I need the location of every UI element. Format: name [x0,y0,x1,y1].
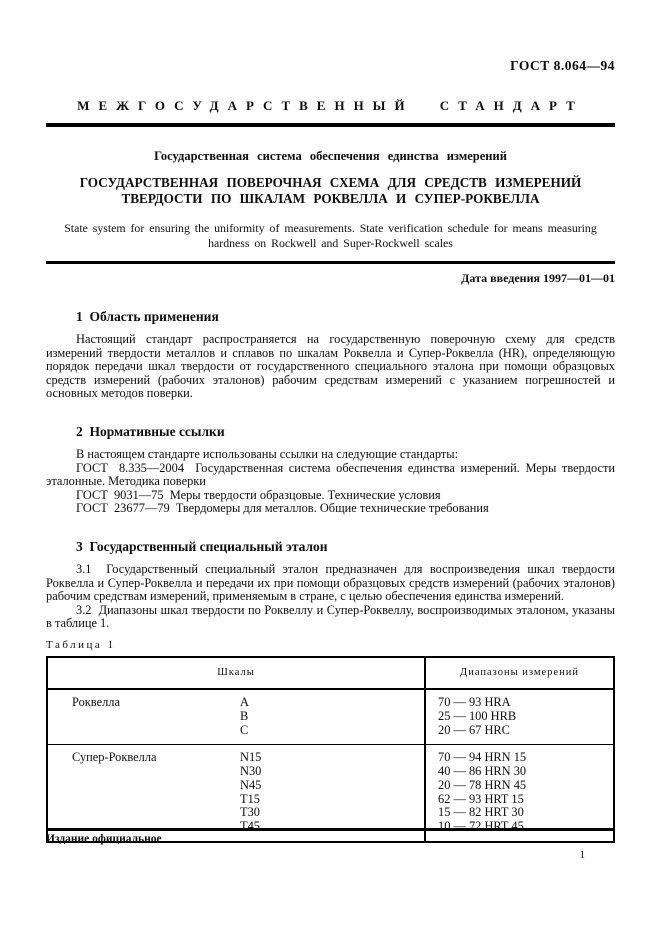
range-cell: 20 — 67 HRC [425,724,614,745]
range-cell: 20 — 78 HRN 45 [425,779,614,793]
table-row: B 25 — 100 HRB [47,710,614,724]
section-3-paragraph-31: 3.1 Государственный специальный эталон п… [46,563,615,604]
scale-cell: B [236,710,425,724]
scale-cell: N15 [236,745,425,765]
scale-cell: T30 [236,806,425,820]
range-cell: 40 — 86 HRN 30 [425,765,614,779]
section-1-heading: 1 Область применения [76,309,615,324]
section-2-intro: В настоящем стандарте использованы ссылк… [46,448,615,462]
section-2-ref-2: ГОСТ 9031—75 Меры твердости образцовые. … [46,489,615,503]
section-1-paragraph: Настоящий стандарт распространяется на г… [46,333,615,401]
section-2-ref-3: ГОСТ 23677—79 Твердомеры для металлов. О… [46,502,615,516]
scale-cell: T15 [236,793,425,807]
table-row: N30 40 — 86 HRN 30 [47,765,614,779]
group-name: Супер-Роквелла [47,745,236,765]
table-row: T30 15 — 82 HRT 30 [47,806,614,820]
section-3-heading: 3 Государственный специальный эталон [76,539,615,554]
scale-cell: C [236,724,425,745]
effective-date: Дата введения 1997—01—01 [46,271,615,286]
range-cell: 25 — 100 HRB [425,710,614,724]
official-edition-note: Издание официальное [46,833,615,845]
range-cell: 70 — 93 HRA [425,689,614,710]
range-cell: 62 — 93 HRT 15 [425,793,614,807]
page-number: 1 [46,849,615,861]
doc-number: ГОСТ 8.064—94 [46,0,615,74]
page-footer: Издание официальное 1 [46,828,615,861]
scale-cell: A [236,689,425,710]
table-1-header: Шкалы Диапазоны измерений [47,657,614,689]
scale-cell: N45 [236,779,425,793]
group-name: Роквелла [47,689,236,710]
doc-subtitle-ru: Государственная система обеспечения един… [46,149,615,164]
range-cell: 15 — 82 HRT 30 [425,806,614,820]
section-2-heading: 2 Нормативные ссылки [76,424,615,439]
table-row: Супер-Роквелла N15 70 — 94 HRN 15 [47,745,614,765]
table-row: C 20 — 67 HRC [47,724,614,745]
table-1: Шкалы Диапазоны измерений Роквелла A 70 … [46,656,615,843]
table-1-col-scales: Шкалы [47,657,425,689]
table-1-col-ranges: Диапазоны измерений [425,657,614,689]
page-content: ГОСТ 8.064—94 МЕЖГОСУДАРСТВЕННЫЙ СТАНДАР… [46,0,615,843]
table-label: Таблица 1 [46,639,615,651]
document-page: ГОСТ 8.064—94 МЕЖГОСУДАРСТВЕННЫЙ СТАНДАР… [0,0,661,936]
table-row: Роквелла A 70 — 93 HRA [47,689,614,710]
header-rule [46,123,615,127]
standard-type-label: МЕЖГОСУДАРСТВЕННЫЙ СТАНДАРТ [46,98,615,114]
date-rule [46,261,615,264]
section-2-ref-1: ГОСТ 8.335—2004 Государственная система … [46,462,615,489]
range-cell: 70 — 94 HRN 15 [425,745,614,765]
table-row: T15 62 — 93 HRT 15 [47,793,614,807]
table-row: N45 20 — 78 HRN 45 [47,779,614,793]
table-group-rockwell: Роквелла A 70 — 93 HRA B 25 — 100 HRB C … [47,689,614,745]
doc-title-ru-line1: ГОСУДАРСТВЕННАЯ ПОВЕРОЧНАЯ СХЕМА ДЛЯ СРЕ… [46,175,615,191]
scale-cell: N30 [236,765,425,779]
doc-title-ru: ГОСУДАРСТВЕННАЯ ПОВЕРОЧНАЯ СХЕМА ДЛЯ СРЕ… [46,175,615,206]
doc-title-ru-line2: ТВЕРДОСТИ ПО ШКАЛАМ РОКВЕЛЛА И СУПЕР-РОК… [46,191,615,207]
section-3-paragraph-32: 3.2 Диапазоны шкал твердости по Роквеллу… [46,604,615,631]
doc-title-en: State system for ensuring the uniformity… [46,221,615,250]
